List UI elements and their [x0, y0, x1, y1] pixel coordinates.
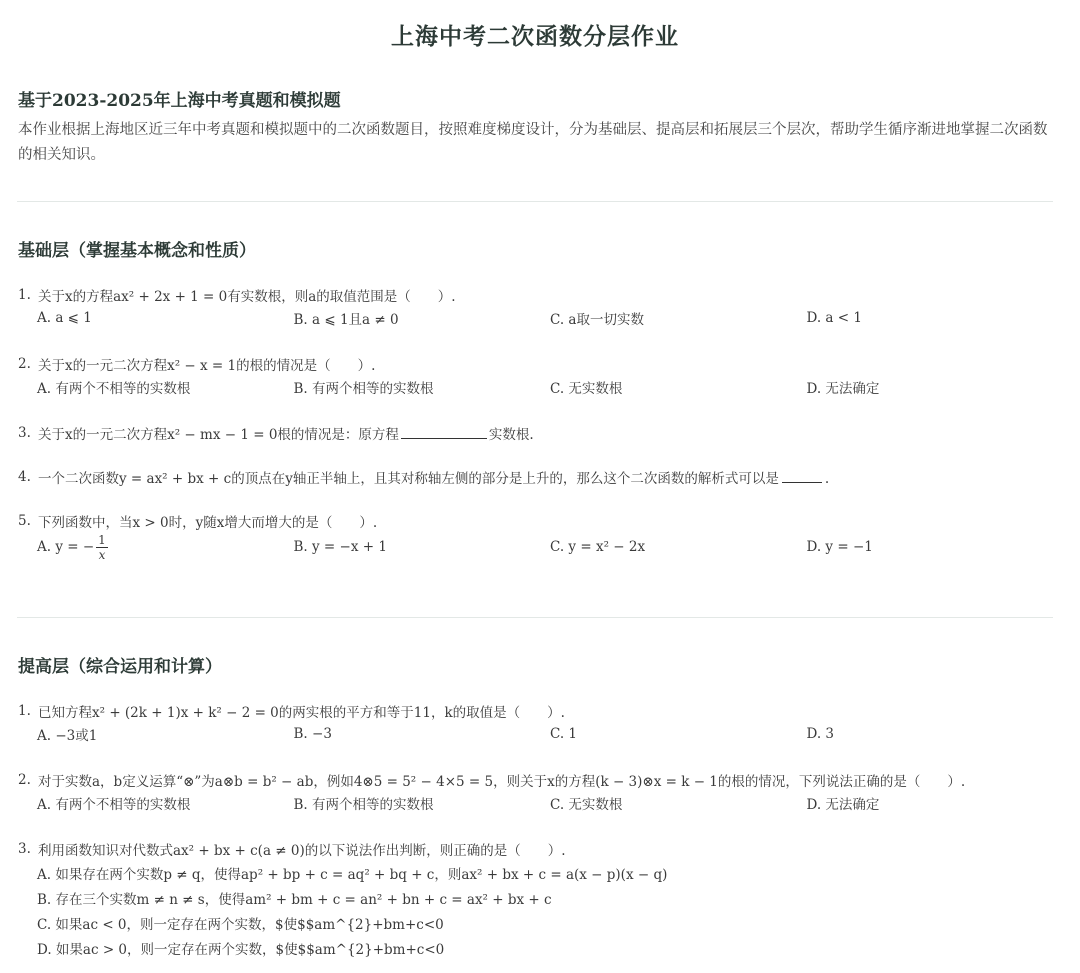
option-d: D. 无法确定 [807, 377, 1064, 397]
question-text: 对于实数a，b定义运算“⊗”为a⊗b = b² − ab，例如4⊗5 = 5² … [38, 770, 965, 790]
advanced-question-3: 3. 利用函数知识对代数式ax² + bx + c(a ≠ 0)的以下说法作出判… [18, 838, 1068, 960]
option-c: C. 如果ac < 0，则一定存在两个实数，$使$$am^{2}+bm+c<0 [37, 910, 1068, 935]
divider [17, 201, 1053, 202]
question-number: 2. [18, 772, 38, 788]
question-text: 关于x的一元二次方程x² − x = 1的根的情况是（ ）. [38, 354, 375, 374]
option-b: B. 有两个相等的实数根 [294, 793, 551, 813]
question-number: 3. [18, 425, 38, 441]
question-number: 2. [18, 356, 38, 372]
option-a: A. y = −1x [37, 533, 294, 562]
option-d: D. 3 [807, 726, 1064, 742]
basic-question-2: 2. 关于x的一元二次方程x² − x = 1的根的情况是（ ）. A. 有两个… [18, 353, 1068, 399]
options-row: A. −3或1 B. −3 C. 1 D. 3 [37, 722, 1068, 746]
divider [17, 617, 1053, 618]
option-d: D. 如果ac > 0，则一定存在两个实数，$使$$am^{2}+bm+c<0 [37, 935, 1068, 960]
question-number: 4. [18, 469, 38, 485]
option-c: C. a取一切实数 [550, 308, 807, 328]
basic-question-1: 1. 关于x的方程ax² + 2x + 1 = 0有实数根，则a的取值范围是（ … [18, 284, 1068, 330]
option-c: C. y = x² − 2x [550, 539, 807, 555]
question-text: 关于x的方程ax² + 2x + 1 = 0有实数根，则a的取值范围是（ ）. [38, 285, 456, 305]
options-row: A. a ⩽ 1 B. a ⩽ 1且a ≠ 0 C. a取一切实数 D. a <… [37, 306, 1068, 330]
intro-paragraph: 本作业根据上海地区近三年中考真题和模拟题中的二次函数题目，按照难度梯度设计，分为… [18, 118, 1058, 168]
option-b: B. 有两个相等的实数根 [294, 377, 551, 397]
question-number: 3. [18, 841, 38, 857]
advanced-question-1: 1. 已知方程x² + (2k + 1)x + k² − 2 = 0的两实根的平… [18, 700, 1068, 746]
question-text: 一个二次函数y = ax² + bx + c的顶点在y轴正半轴上，且其对称轴左侧… [38, 467, 829, 487]
option-c: C. 无实数根 [550, 793, 807, 813]
question-text: 关于x的一元二次方程x² − mx − 1 = 0根的情况是：原方程实数根. [38, 423, 534, 443]
option-d: D. a < 1 [807, 310, 1064, 326]
option-a: A. 有两个不相等的实数根 [37, 377, 294, 397]
advanced-question-2: 2. 对于实数a，b定义运算“⊗”为a⊗b = b² − ab，例如4⊗5 = … [18, 769, 1068, 815]
answer-blank[interactable] [782, 470, 822, 483]
question-text: 已知方程x² + (2k + 1)x + k² − 2 = 0的两实根的平方和等… [38, 701, 565, 721]
options-row: A. y = −1x B. y = −x + 1 C. y = x² − 2x … [37, 532, 1068, 562]
question-number: 1. [18, 703, 38, 719]
question-number: 1. [18, 287, 38, 303]
option-a: A. a ⩽ 1 [37, 310, 294, 326]
option-b: B. a ⩽ 1且a ≠ 0 [294, 308, 551, 328]
option-a: A. −3或1 [37, 724, 294, 744]
basic-question-5: 5. 下列函数中，当x > 0时，y随x增大而增大的是（ ）. A. y = −… [18, 510, 1068, 562]
page-title: 上海中考二次函数分层作业 [0, 18, 1070, 51]
question-number: 5. [18, 513, 38, 529]
option-b: B. 存在三个实数m ≠ n ≠ s，使得am² + bm + c = an² … [37, 885, 1068, 910]
section-title-advanced: 提高层（综合运用和计算） [18, 652, 222, 677]
question-text: 利用函数知识对代数式ax² + bx + c(a ≠ 0)的以下说法作出判断，则… [38, 839, 566, 859]
section-title-basic: 基础层（掌握基本概念和性质） [18, 236, 256, 261]
option-a: A. 如果存在两个实数p ≠ q，使得ap² + bp + c = aq² + … [37, 860, 1068, 885]
basic-question-4: 4. 一个二次函数y = ax² + bx + c的顶点在y轴正半轴上，且其对称… [18, 466, 1068, 488]
option-c: C. 1 [550, 726, 807, 742]
options-list: A. 如果存在两个实数p ≠ q，使得ap² + bp + c = aq² + … [37, 860, 1068, 960]
option-d: D. 无法确定 [807, 793, 1064, 813]
option-c: C. 无实数根 [550, 377, 807, 397]
question-text: 下列函数中，当x > 0时，y随x增大而增大的是（ ）. [38, 511, 377, 531]
page-subtitle: 基于2023-2025年上海中考真题和模拟题 [18, 86, 341, 111]
option-d: D. y = −1 [807, 539, 1064, 555]
basic-question-3: 3. 关于x的一元二次方程x² − mx − 1 = 0根的情况是：原方程实数根… [18, 422, 1068, 444]
fraction: 1x [96, 533, 108, 562]
option-b: B. y = −x + 1 [294, 539, 551, 555]
options-row: A. 有两个不相等的实数根 B. 有两个相等的实数根 C. 无实数根 D. 无法… [37, 791, 1068, 815]
option-b: B. −3 [294, 726, 551, 742]
options-row: A. 有两个不相等的实数根 B. 有两个相等的实数根 C. 无实数根 D. 无法… [37, 375, 1068, 399]
answer-blank[interactable] [401, 426, 487, 439]
option-a: A. 有两个不相等的实数根 [37, 793, 294, 813]
